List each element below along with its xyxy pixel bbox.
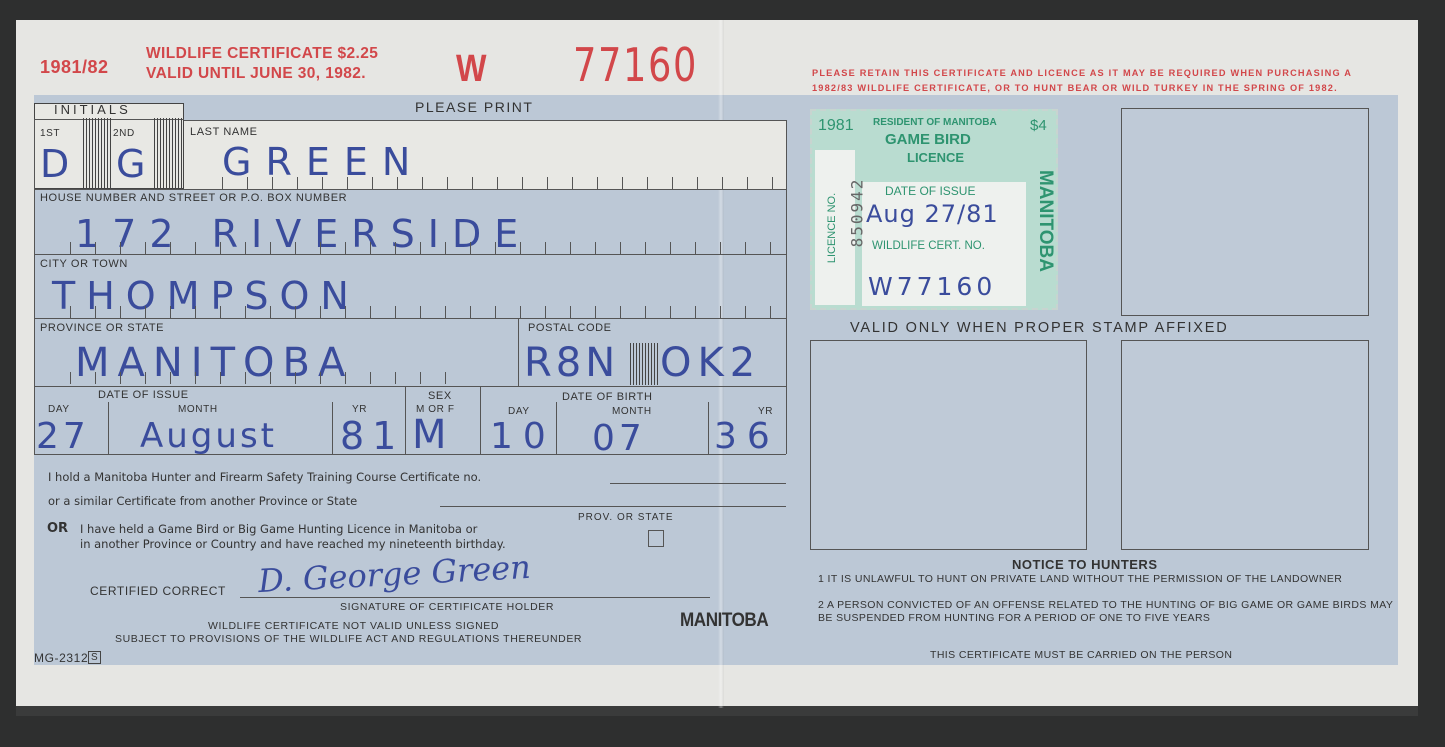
notice-item-2: 2 A PERSON CONVICTED OF AN OFFENSE RELAT… (818, 599, 1398, 625)
prov-or-state-label: PROV. OR STATE (578, 512, 674, 523)
carry-notice: THIS CERTIFICATE MUST BE CARRIED ON THE … (930, 649, 1232, 662)
licence-no: 850942 (848, 168, 867, 258)
stamp-date-of-issue-label: DATE OF ISSUE (885, 184, 975, 198)
province-label: PROVINCE OR STATE (40, 322, 164, 334)
col-divider (405, 386, 406, 454)
char-ticks (70, 242, 782, 254)
stamp-province-vertical: MANITOBA (1034, 166, 1056, 276)
retain-notice-line1: PLEASE RETAIN THIS CERTIFICATE AND LICEN… (812, 66, 1352, 81)
first-initial-field[interactable]: D (40, 142, 79, 186)
issue-year-field[interactable]: 81 (340, 414, 404, 458)
col-divider (556, 402, 557, 454)
form-code: MG-2312 (34, 651, 88, 665)
col-divider (332, 402, 333, 454)
stamp-subtitle: LICENCE (907, 150, 964, 165)
second-initial-field[interactable]: G (116, 142, 155, 186)
row-line (34, 318, 786, 319)
birth-month-field[interactable]: 07 (592, 418, 646, 459)
row-line (34, 454, 786, 455)
birth-month-label: MONTH (612, 406, 652, 417)
stamp-date-of-issue[interactable]: Aug 27/81 (866, 200, 999, 228)
form-left-border (34, 120, 35, 454)
char-ticks (222, 177, 782, 189)
initials-label: INITIALS (54, 102, 131, 117)
initial-separator-bars (154, 118, 184, 188)
address-label: HOUSE NUMBER AND STREET OR P.O. BOX NUMB… (40, 192, 347, 204)
second-initial-label: 2ND (113, 128, 135, 139)
certificate-title: WILDLIFE CERTIFICATE $2.25 (146, 45, 378, 63)
declaration-line4: in another Province or Country and have … (80, 537, 506, 551)
serial-number: 77160 (573, 38, 698, 92)
declaration-line1: I hold a Manitoba Hunter and Firearm Saf… (48, 470, 481, 484)
provisions-notice: SUBJECT TO PROVISIONS OF THE WILDLIFE AC… (115, 633, 582, 645)
prov-state-underline[interactable] (440, 506, 786, 507)
stamp-box-bottom-right (1121, 340, 1369, 550)
issue-day-label: DAY (48, 404, 70, 415)
col-divider (480, 386, 481, 454)
birth-day-field[interactable]: 10 (490, 416, 556, 457)
series-letter: W (456, 48, 486, 91)
licence-no-label: LICENCE NO. (826, 188, 838, 268)
stamp-resident: RESIDENT OF MANITOBA (873, 117, 997, 128)
date-of-issue-label: DATE OF ISSUE (98, 389, 189, 401)
stamp-price: $4 (1030, 117, 1047, 134)
row-line (34, 189, 786, 190)
not-valid-notice: WILDLIFE CERTIFICATE NOT VALID UNLESS SI… (208, 620, 499, 632)
issue-month-field[interactable]: August (140, 416, 277, 456)
char-ticks (70, 306, 782, 318)
manitoba-logo: MANITOBA (680, 610, 768, 632)
stamp-year: 1981 (818, 117, 854, 135)
stamp-wildlife-cert-no[interactable]: W77160 (868, 272, 996, 301)
please-print-label: PLEASE PRINT (415, 99, 533, 115)
row-line (34, 254, 786, 255)
stamp-wildlife-cert-label: WILDLIFE CERT. NO. (872, 240, 985, 252)
declaration-line3: I have held a Game Bird or Big Game Hunt… (80, 522, 477, 536)
postal-separator-bars (630, 343, 658, 385)
col-divider (708, 402, 709, 454)
nineteenth-birthday-checkbox[interactable] (648, 530, 664, 547)
sex-label: SEX (428, 390, 452, 402)
stamp-box-top-right (1121, 108, 1369, 316)
issue-day-field[interactable]: 27 (36, 416, 90, 457)
postal-code-part2-field[interactable]: OK2 (660, 340, 761, 386)
certificate-no-underline[interactable] (610, 483, 786, 484)
form-code-badge: S (88, 651, 101, 664)
signature-caption: SIGNATURE OF CERTIFICATE HOLDER (340, 601, 554, 613)
retain-notice: PLEASE RETAIN THIS CERTIFICATE AND LICEN… (812, 66, 1352, 96)
notice-item-1: 1 IT IS UNLAWFUL TO HUNT ON PRIVATE LAND… (818, 573, 1398, 586)
certificate-year: 1981/82 (40, 57, 109, 78)
sex-field[interactable]: M (412, 412, 457, 458)
last-name-label: LAST NAME (190, 126, 258, 138)
row-line (34, 386, 786, 387)
char-ticks (70, 372, 450, 384)
declaration-line2: or a similar Certificate from another Pr… (48, 494, 357, 508)
first-initial-label: 1ST (40, 128, 60, 139)
form-right-border (786, 120, 787, 454)
postal-divider (518, 318, 519, 386)
retain-notice-line2: 1982/83 WILDLIFE CERTIFICATE, OR TO HUNT… (812, 81, 1352, 96)
birth-year-field[interactable]: 36 (714, 416, 780, 457)
valid-only-notice: VALID ONLY WHEN PROPER STAMP AFFIXED (850, 320, 1229, 336)
date-of-birth-label: DATE OF BIRTH (562, 391, 653, 403)
notice-title: NOTICE TO HUNTERS (1012, 557, 1158, 572)
issue-month-label: MONTH (178, 404, 218, 415)
col-divider (108, 402, 109, 454)
or-label: OR (47, 521, 68, 536)
postal-code-label: POSTAL CODE (528, 322, 612, 334)
initial-separator-bars (83, 118, 111, 188)
postal-code-part1-field[interactable]: R8N (524, 340, 619, 386)
name-row-top-line (184, 120, 786, 121)
certificate-validity: VALID UNTIL JUNE 30, 1982. (146, 65, 366, 83)
stamp-box-bottom-left (810, 340, 1087, 550)
city-label: CITY OR TOWN (40, 258, 128, 270)
certified-correct-label: CERTIFIED CORRECT (90, 584, 226, 598)
paper-shadow (16, 706, 1418, 716)
stamp-title: GAME BIRD (885, 131, 971, 148)
